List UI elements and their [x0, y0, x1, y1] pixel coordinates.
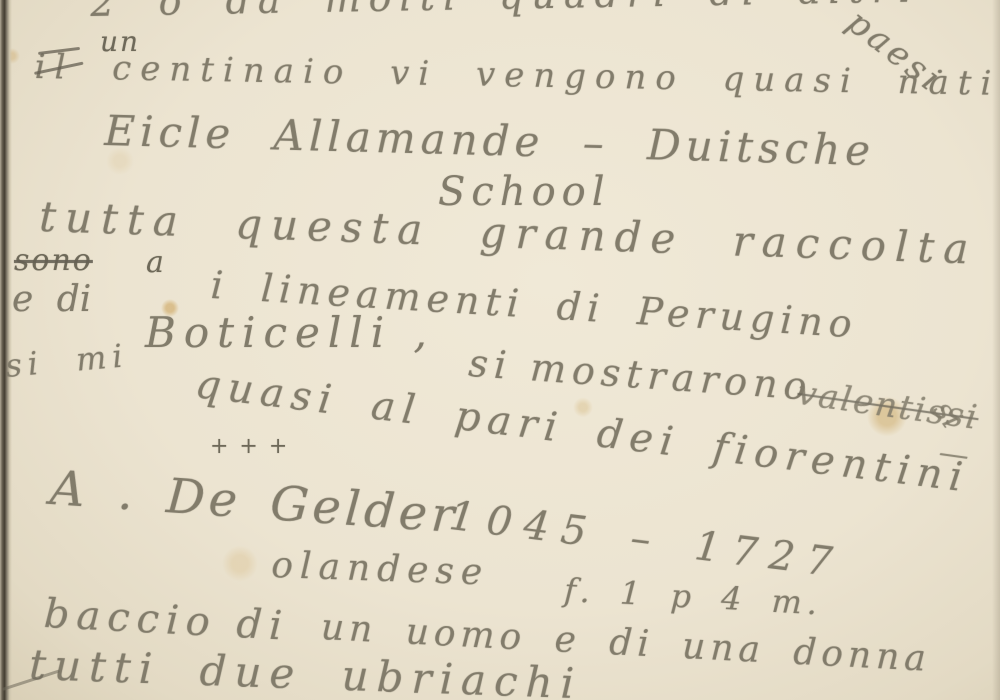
handwritten-line-e-di: e di: [12, 282, 91, 318]
paper-right-shade: [992, 0, 1000, 700]
handwritten-line-de-gelder: A . De Gelder: [49, 464, 460, 540]
handwritten-line-si-mi: si mi: [4, 339, 130, 382]
handwritten-struck-sono: sono: [14, 246, 93, 276]
handwritten-line-ecole-allamande: Eicle Allamande – Duitsche: [104, 110, 876, 172]
handwritten-line-centinaio: il centinaio vi vengono quasi nati: [34, 50, 1000, 101]
plus-marks: + + +: [210, 436, 289, 458]
handwritten-line-top: 2 o da molti quadri di altri: [90, 0, 919, 22]
handwritten-line-dates: 1045 – 1727: [447, 496, 846, 584]
manuscript-page: 2 o da molti quadri di altri paesi un il…: [0, 0, 1000, 700]
handwritten-line-olandese: olandese: [271, 548, 490, 592]
handwritten-line-dimensions: f. 1 p 4 m.: [563, 574, 823, 619]
handwritten-line-baccio: baccio di: [43, 594, 290, 647]
handwritten-insertion-a: a: [146, 248, 164, 278]
handwritten-line-mostrarono: si mostrarono: [467, 344, 813, 406]
handwritten-line-botticelli: Boticelli ,: [145, 312, 435, 354]
